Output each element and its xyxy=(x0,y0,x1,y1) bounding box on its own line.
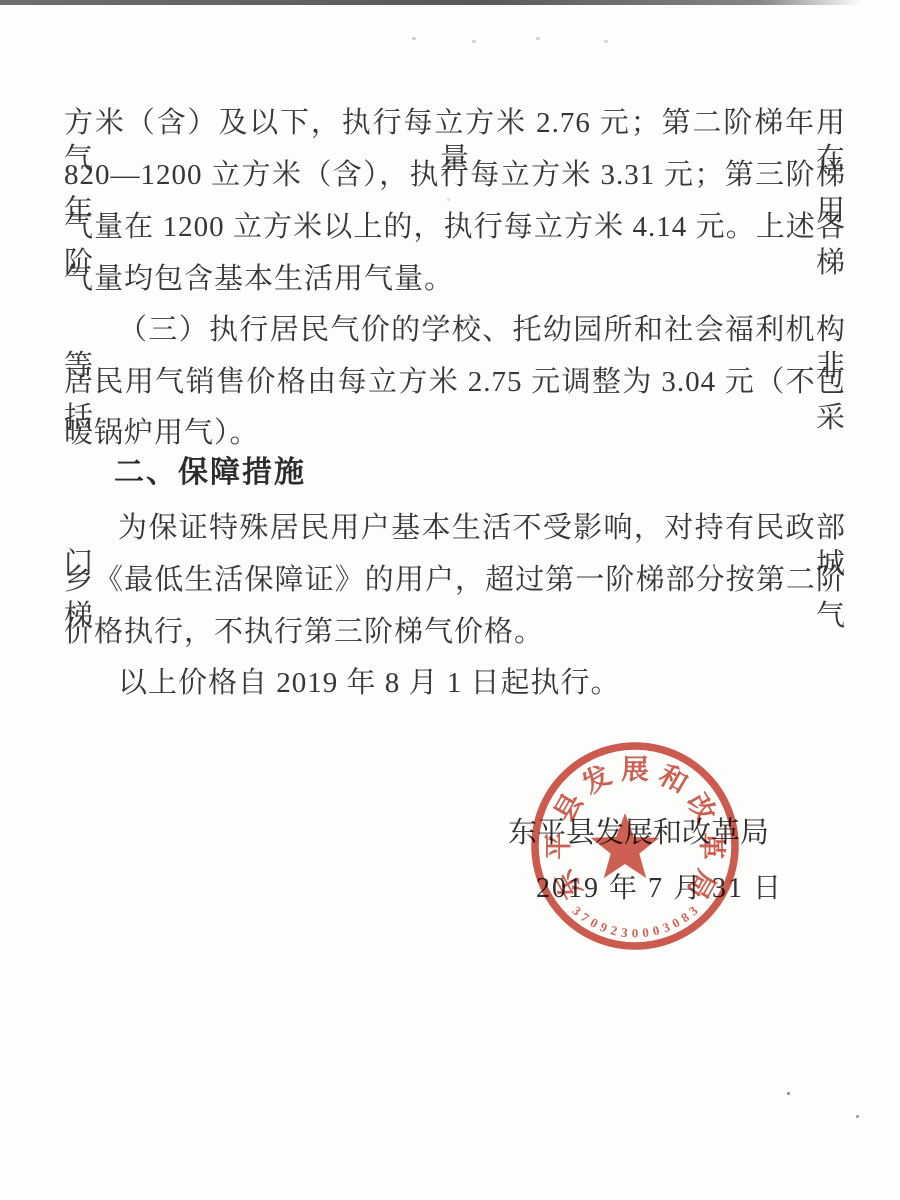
svg-text:0: 0 xyxy=(641,925,649,941)
svg-text:3: 3 xyxy=(686,903,701,919)
svg-text:0: 0 xyxy=(632,926,639,941)
doc-line-8: 为保证特殊居民用户基本生活不受影响，对持有民政部门城 xyxy=(64,510,846,550)
official-seal: 东平县发展和改革局 3709230003083 xyxy=(515,726,755,966)
scanned-document-page: 方米（含）及以下，执行每立方米 2.76 元；第二阶梯年用气量在 820—120… xyxy=(0,0,900,1200)
svg-text:展: 展 xyxy=(621,754,649,785)
section-heading: 二、保障措施 xyxy=(64,447,846,491)
svg-text:0: 0 xyxy=(651,922,661,938)
svg-text:9: 9 xyxy=(598,919,610,936)
doc-line-1: 方米（含）及以下，执行每立方米 2.76 元；第二阶梯年用气量在 xyxy=(64,105,846,145)
doc-line-11: 以上价格自 2019 年 8 月 1 日起执行。 xyxy=(64,665,846,705)
svg-text:2: 2 xyxy=(609,922,619,938)
doc-line-2: 820—1200 立方米（含），执行每立方米 3.31 元；第三阶梯年用 xyxy=(64,157,846,197)
scan-speckle xyxy=(472,40,476,43)
svg-text:3: 3 xyxy=(620,925,629,941)
scan-speckle xyxy=(536,37,540,40)
doc-line-10: 价格执行，不执行第三阶梯气价格。 xyxy=(64,614,846,654)
seal-arc-text: 东平县发展和改革局 xyxy=(543,754,728,905)
seal-star xyxy=(591,813,659,878)
scan-edge-artifact xyxy=(0,0,862,5)
doc-line-9: 乡《最低生活保障证》的用户，超过第一阶梯部分按第二阶梯气 xyxy=(64,562,846,602)
scan-speckle xyxy=(787,1092,790,1095)
svg-text:革: 革 xyxy=(697,832,728,860)
doc-line-5: （三）执行居民气价的学校、托幼园所和社会福利机构等非 xyxy=(64,312,846,352)
scan-speckle xyxy=(856,1115,859,1118)
doc-line-6: 居民用气销售价格由每立方米 2.75 元调整为 3.04 元（不包括采 xyxy=(64,364,846,404)
scan-speckle xyxy=(604,40,608,43)
doc-line-4: 气量均包含基本生活用气量。 xyxy=(64,261,846,301)
doc-line-3: 气量在 1200 立方米以上的，执行每立方米 4.14 元。上述各阶梯 xyxy=(64,209,846,249)
scan-speckle xyxy=(412,37,416,40)
svg-text:0: 0 xyxy=(588,915,601,931)
svg-text:平: 平 xyxy=(543,832,574,860)
